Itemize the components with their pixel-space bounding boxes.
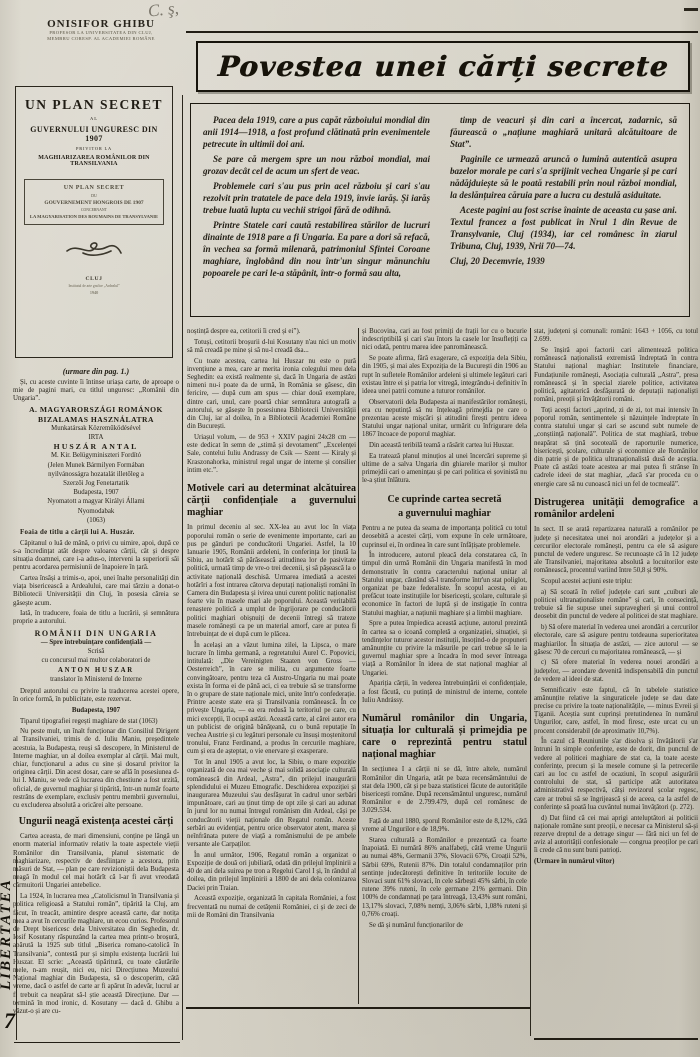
paragraph: Față de anul 1880, sporul Românilor este…: [362, 818, 527, 834]
imprint-year: 1940: [22, 290, 166, 295]
title-line: — Spre întrebuințare confidențială —: [13, 639, 179, 647]
paragraph: Ea tratează planul minuțios al unei înce…: [362, 453, 527, 486]
intro-paragraph: Paginile ce urmează aruncă o lumină aute…: [450, 153, 677, 201]
intro-paragraph: Se pare că mergem spre un nou război mon…: [203, 153, 430, 177]
author-title-line2: MEMBRU CORESP. AL ACADEMIEI ROMÂNE: [28, 36, 174, 42]
paragraph: Semnificativ este faptul, că în tabelele…: [534, 687, 698, 736]
paragraph: Tot în anul 1905 a avut loc, la Sibiu, o…: [187, 759, 356, 849]
title-line: BIZALAMAS HASZNÁLATRA: [13, 416, 179, 424]
facsimile-line: LA MAGYARISATION DES ROUMAINS DE TRANSYL…: [27, 214, 161, 219]
book-cover-facsimile: UN PLAN SECRET AL GUVERNULUI UNGURESC DI…: [15, 86, 173, 358]
facsimile-line: GUVERNULUI UNGURESC DIN 1907: [22, 125, 166, 143]
column-body: În sect. II se arată repartizarea natura…: [534, 526, 698, 858]
paragraph: Se poate afirma, fără exagerare, că expo…: [362, 355, 527, 396]
hungarian-title-block: A. MAGYARORSZÁGI ROMÁNOKBIZALAMAS HASZNÁ…: [13, 406, 179, 525]
intro-paragraph: Printre Statele cari caută restabilirea …: [203, 219, 430, 279]
paragraph: În cazul că Reuniunile s'ar disolva și î…: [534, 738, 698, 812]
facsimile-line: MAGHIARIZAREA ROMÂNILOR DIN TRANSILVANIA: [22, 155, 166, 167]
paragraph: În sect. II se arată repartizarea natura…: [534, 526, 698, 575]
paragraph: Pentru a ne putea da seama de importanța…: [362, 525, 527, 550]
title-line: Munkatársak Közreműködésével: [13, 425, 179, 433]
body-column-3: stat, județeni și comunali: români: 1643…: [534, 328, 698, 1030]
title-line: (Jelen Munek Bármilyen Formában: [13, 462, 179, 470]
newspaper-masthead-vertical: LIBERTATEA: [0, 858, 16, 1010]
title-line: A. MAGYARORSZÁGI ROMÁNOK: [13, 406, 179, 414]
intro-paragraph: Problemele cari s'au pus prin acel războ…: [203, 180, 430, 216]
bottom-rule-right: [534, 1038, 698, 1040]
imprint-city: CLUJ: [22, 276, 166, 282]
newspaper-page: { "page": { "page_number": "7", "masthea…: [0, 0, 700, 1057]
facsimile-line: DU: [27, 193, 161, 198]
paragraph: Observatorii dela Budapesta ai manifestă…: [362, 399, 527, 440]
sidebar-column: (urmare din pag. 1.) Și, cu aceste cuvin…: [13, 368, 179, 1020]
column-body: În secțiunea I a cărții ni se dă, între …: [362, 766, 527, 932]
title-line: HUSZÁR ANTAL: [13, 443, 179, 451]
title-line: translator în Ministerul de Interne: [13, 676, 179, 684]
paragraph: stat, județeni și comunali: români: 1643…: [534, 328, 698, 344]
facsimile-french-box: UN PLAN SECRET DU GOUVERNEMENT HONGROIS …: [24, 179, 164, 225]
intro-right-column: timp de veacuri și din cari a încercat, …: [450, 114, 677, 308]
flourish-ornament-icon: [63, 239, 125, 264]
bottom-rule-mid: [186, 1007, 530, 1009]
paragraph: Se înșiră apoi factorii cari alimentează…: [534, 347, 698, 404]
column-divider: [530, 328, 531, 1036]
paragraph: Spre a putea împiedica această acțiune, …: [362, 620, 527, 677]
paragraph: Scopul acestei acțiuni este triplu:: [534, 578, 698, 586]
title-line: Scrisă: [13, 648, 179, 656]
facsimile-line: PRIVITOR LA: [22, 146, 166, 151]
paragraph: Dreptul autorului cu privire la traducer…: [13, 688, 179, 704]
paragraph: Tiparul tipografiei regești maghiare de …: [13, 718, 179, 726]
paragraph: a) Să scoată în relief județele cari sun…: [534, 589, 698, 622]
paragraph: noștință despre ea, cetitorii îi cred și…: [187, 328, 356, 336]
continuation-footer: (Urmare în numărul viitor): [534, 858, 698, 866]
paragraph: Nu peste mult, un înalt funcționar din C…: [13, 728, 179, 810]
romanian-title-block: ROMÂNII DIN UNGARIA— Spre întrebuințare …: [13, 630, 179, 684]
title-line: Szerzői Jog Fenetartatik: [13, 480, 179, 488]
corner-pen-mark: [684, 8, 698, 11]
column-body: În primul deceniu al sec. XX-lea au avut…: [187, 524, 356, 922]
paragraph: d) Dat fiind că cei mai aprigi anteluptă…: [534, 815, 698, 856]
paragraph: În primul deceniu al sec. XX-lea au avut…: [187, 524, 356, 639]
paragraph: Apariția cărții, în vederea întrebuințăr…: [362, 680, 527, 705]
imprint-line: Budapesta, 1907: [13, 707, 179, 715]
intro-paragraph: Aceste pagini au fost scrise înainte de …: [450, 204, 677, 252]
section-heading: Numărul românilor din Ungaria, situația …: [362, 713, 527, 761]
continuation-note: (urmare din pag. 1.): [13, 368, 179, 376]
intro-paragraph: timp de veacuri și din cari a încercat, …: [450, 114, 677, 150]
paragraph: Căpitanul o luă de mână, o privi cu uimi…: [13, 540, 179, 573]
section-heading: Ungurii neagă existența acestei cărți: [13, 816, 179, 828]
article-title: Povestea unei cărți secrete: [217, 50, 670, 83]
column-lead: stat, județeni și comunali: români: 1643…: [534, 328, 698, 491]
paragraph: Cu toate acestea, cartea lui Huszar nu e…: [187, 358, 356, 432]
article-title-box: Povestea unei cărți secrete: [196, 41, 690, 92]
facsimile-title-ro: UN PLAN SECRET: [22, 97, 166, 113]
title-line: Budapesta, 1907: [13, 489, 179, 497]
section-heading: Distrugerea unității demografice a român…: [534, 497, 698, 521]
paragraph: Toți acești factori „aprind, zi de zi, t…: [534, 407, 698, 489]
paragraph: b) Să ofere material în vederea unei aro…: [534, 624, 698, 657]
column-body: Pentru a ne putea da seama de importanța…: [362, 525, 527, 707]
paragraph: Se dă și numărul funcționarilor de: [362, 922, 527, 930]
masthead-divider: [16, 856, 17, 1040]
top-horizontal-rule: [186, 31, 698, 33]
section-heading: Ce cuprinde cartea secretă: [362, 494, 527, 506]
paragraph: În același an a văzut lumina zilei, la L…: [187, 642, 356, 757]
title-line: Nyomatott a magyar Királyi Állami: [13, 498, 179, 506]
sidebar-divider-rule: [182, 95, 183, 1040]
column-lead: și Bucovina, cari au fost primiți de fra…: [362, 328, 527, 488]
intro-box: Pacea dela 1919, care a pus capăt război…: [190, 103, 690, 317]
imprint-printer: Institutul de arte grafice „Ardealul”: [22, 284, 166, 288]
paragraph: În secțiunea I a cărții ni se dă, între …: [362, 766, 527, 815]
intro-left-column: Pacea dela 1919, care a pus capăt război…: [203, 114, 430, 308]
section-heading: Motivele cari au determinat alcătuirea c…: [187, 483, 356, 519]
section-heading: a guvernului maghiar: [362, 508, 527, 520]
paragraph: Cartea însăși a trimis-o, apoi, unei îna…: [13, 575, 179, 608]
bottom-rule-left: [14, 1042, 180, 1043]
intro-right-paragraphs: timp de veacuri și din cari a încercat, …: [450, 114, 677, 252]
title-line: IRTA: [13, 434, 179, 442]
facsimile-title-fr: UN PLAN SECRET: [27, 185, 161, 191]
facsimile-line: AL: [22, 116, 166, 121]
byline-block: ONISIFOR GHIBU PROFESOR LA UNIVERSITATEA…: [28, 18, 174, 42]
paragraph: Această expoziție, organizată în capital…: [187, 895, 356, 920]
facsimile-caption: Foaia de titlu a cărții lui A. Huszár.: [13, 529, 179, 537]
body-column-1: noștință despre ea, cetitorii îi cred și…: [187, 328, 356, 1004]
paragraph: La 1924, în lucrarea mea „Catolicismul î…: [13, 893, 179, 1016]
title-line: nyilvánosságra hozatalát illetőleg a: [13, 471, 179, 479]
title-line: (1063): [13, 517, 179, 525]
title-line: Nyomodabak: [13, 508, 179, 516]
paragraph: Din această teribilă teamă a răsărit car…: [362, 442, 527, 450]
paragraph: Starea culturală a Românilor e prezentat…: [362, 837, 527, 919]
intro-paragraph: Pacea dela 1919, care a pus capăt război…: [203, 114, 430, 150]
column-lead: noștință despre ea, cetitorii îi cred și…: [187, 328, 356, 477]
paragraph: Totuși, cetitorii broșurii d-lui Kosutan…: [187, 339, 356, 355]
paragraph: În introducere, autorul pleacă dela cons…: [362, 552, 527, 618]
title-line: M. Kir. Belügyminiszteri Fordító: [13, 452, 179, 460]
facsimile-line: CONCERNANT: [27, 208, 161, 212]
paragraph: În anul următor, 1906, Regatul român a o…: [187, 852, 356, 893]
body-column-2: și Bucovina, cari au fost primiți de fra…: [362, 328, 527, 1000]
title-line: cu concursul mai multor colaboratori de: [13, 657, 179, 665]
dateline: Cluj, 20 Decemvrie, 1939: [450, 255, 677, 267]
paragraph: și Bucovina, cari au fost primiți de fra…: [362, 328, 527, 353]
page-number: 7: [4, 1008, 15, 1034]
paragraph: Iată, în traducere, foaia de titlu a luc…: [13, 610, 179, 626]
facsimile-line: GOUVERNEMENT HONGROIS DE 1907: [27, 200, 161, 206]
title-line: ROMÂNII DIN UNGARIA: [13, 630, 179, 638]
paragraph: Uriașul volum, — de 953 + XXIV pagini 24…: [187, 434, 356, 475]
column-divider: [358, 328, 359, 1004]
paragraph: Și, cu aceste cuvinte îi întinse uriașa …: [13, 379, 179, 404]
handwritten-mark: C. ş,: [147, 0, 180, 22]
paragraph: c) Să ofere material în vederea nouei ar…: [534, 659, 698, 684]
title-line: ANTON HUSZAR: [13, 667, 179, 675]
paragraph: Cartea aceasta, de mari dimensiuni, conț…: [13, 833, 179, 890]
